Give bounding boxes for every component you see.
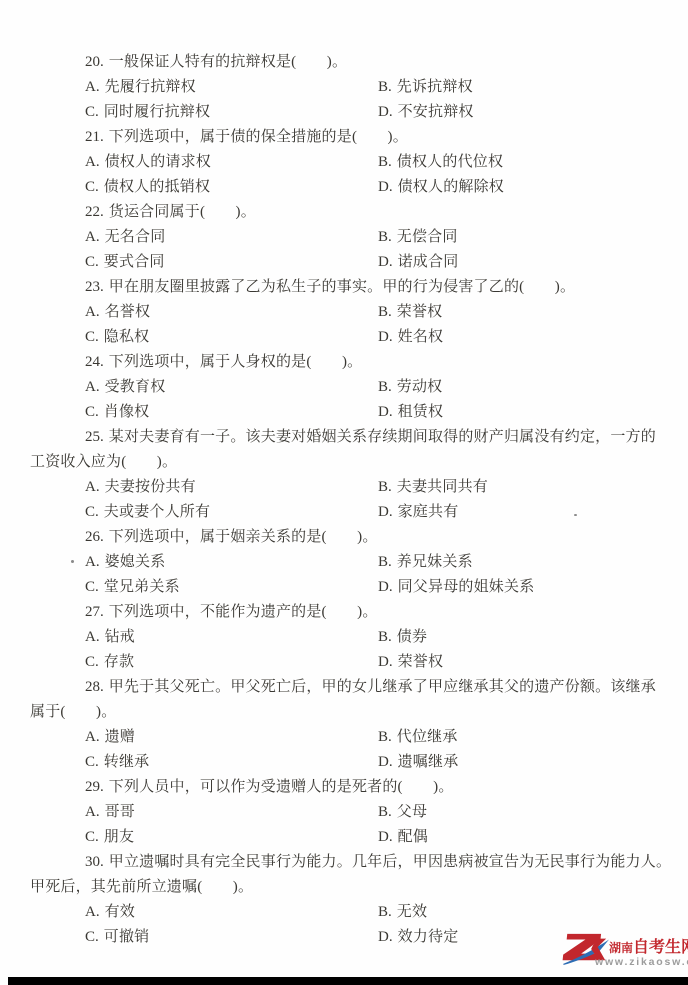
option-text: 同父异母的姐妹关系 bbox=[398, 579, 535, 595]
option-c: C.要式合同 bbox=[30, 250, 378, 275]
question-stem: 25.某对夫妻育有一子。该夫妻对婚姻关系存续期间取得的财产归属没有约定，一方的 bbox=[30, 425, 662, 450]
option-letter: B. bbox=[378, 379, 392, 395]
question-24: 24.下列选项中，属于人身权的是( )。 A.受教育权 B.劳动权 C.肖像权 … bbox=[30, 350, 662, 425]
option-text: 可撤销 bbox=[104, 929, 150, 945]
option-text: 债权人的抵销权 bbox=[104, 179, 210, 195]
option-c: C.隐私权 bbox=[30, 325, 378, 350]
option-letter: A. bbox=[85, 554, 100, 570]
option-text: 转继承 bbox=[104, 754, 150, 770]
option-a: A.债权人的请求权 bbox=[30, 150, 378, 175]
option-b: B.先诉抗辩权 bbox=[378, 75, 473, 100]
scan-speck bbox=[574, 514, 577, 516]
option-letter: B. bbox=[378, 804, 392, 820]
option-letter: D. bbox=[378, 104, 393, 120]
site-watermark: 湖南自考生网 www.zikaosw.com bbox=[562, 929, 688, 975]
option-letter: D. bbox=[378, 829, 393, 845]
option-letter: D. bbox=[378, 404, 393, 420]
option-text: 养兄妹关系 bbox=[397, 554, 473, 570]
option-c: C.肖像权 bbox=[30, 400, 378, 425]
option-c: C.朋友 bbox=[30, 825, 378, 850]
question-number: 29. bbox=[85, 779, 104, 795]
option-letter: A. bbox=[85, 229, 100, 245]
option-letter: C. bbox=[85, 329, 99, 345]
question-text: 下列选项中，属于债的保全措施的是( )。 bbox=[109, 129, 408, 145]
question-text: 货运合同属于( )。 bbox=[109, 204, 256, 220]
options-row-ab: A.钻戒 B.债券 bbox=[30, 625, 662, 650]
option-letter: A. bbox=[85, 804, 100, 820]
option-d: D.姓名权 bbox=[378, 325, 443, 350]
option-a: A.名誉权 bbox=[30, 300, 378, 325]
option-a: A.钻戒 bbox=[30, 625, 378, 650]
options-row-ab: A.哥哥 B.父母 bbox=[30, 800, 662, 825]
question-text: 下列人员中，可以作为受遗赠人的是死者的( )。 bbox=[109, 779, 454, 795]
option-text: 代位继承 bbox=[397, 729, 458, 745]
question-number: 28. bbox=[85, 679, 104, 695]
option-text: 无效 bbox=[397, 904, 427, 920]
option-b: B.劳动权 bbox=[378, 375, 442, 400]
scan-speck bbox=[71, 560, 74, 563]
option-letter: A. bbox=[85, 379, 100, 395]
options-row-cd: C.肖像权 D.租赁权 bbox=[30, 400, 662, 425]
option-text: 夫妻共同共有 bbox=[397, 479, 488, 495]
option-a: A.受教育权 bbox=[30, 375, 378, 400]
question-text: 甲立遗嘱时具有完全民事行为能力。几年后，甲因患病被宣告为无民事行为能力人。 bbox=[109, 854, 671, 870]
question-number: 24. bbox=[85, 354, 104, 370]
option-d: D.荣誉权 bbox=[378, 650, 443, 675]
option-text: 债权人的请求权 bbox=[105, 154, 211, 170]
option-b: B.夫妻共同共有 bbox=[378, 475, 488, 500]
question-stem: 24.下列选项中，属于人身权的是( )。 bbox=[30, 350, 662, 375]
question-text: 下列选项中，属于姻亲关系的是( )。 bbox=[109, 529, 378, 545]
site-name-prefix: 湖南 bbox=[609, 941, 633, 955]
option-c: C.可撤销 bbox=[30, 925, 378, 950]
question-number: 23. bbox=[85, 279, 104, 295]
option-letter: D. bbox=[378, 929, 393, 945]
option-b: B.父母 bbox=[378, 800, 427, 825]
option-b: B.养兄妹关系 bbox=[378, 550, 473, 575]
question-number: 20. bbox=[85, 54, 104, 70]
option-text: 无偿合同 bbox=[397, 229, 458, 245]
question-stem: 23.甲在朋友圈里披露了乙为私生子的事实。甲的行为侵害了乙的( )。 bbox=[30, 275, 662, 300]
option-c: C.存款 bbox=[30, 650, 378, 675]
option-text: 劳动权 bbox=[397, 379, 443, 395]
option-text: 隐私权 bbox=[104, 329, 150, 345]
option-c: C.债权人的抵销权 bbox=[30, 175, 378, 200]
option-b: B.无效 bbox=[378, 900, 427, 925]
option-letter: B. bbox=[378, 154, 392, 170]
option-text: 父母 bbox=[397, 804, 427, 820]
question-stem: 20.一般保证人特有的抗辩权是( )。 bbox=[30, 50, 662, 75]
option-text: 堂兄弟关系 bbox=[104, 579, 180, 595]
options-row-cd: C.朋友 D.配偶 bbox=[30, 825, 662, 850]
option-letter: B. bbox=[378, 554, 392, 570]
question-text: 甲先于其父死亡。甲父死亡后，甲的女儿继承了甲应继承其父的遗产份额。该继承 bbox=[109, 679, 656, 695]
option-a: A.婆媳关系 bbox=[30, 550, 378, 575]
option-text: 荣誉权 bbox=[398, 654, 444, 670]
exam-page: 20.一般保证人特有的抗辩权是( )。 A.先履行抗辩权 B.先诉抗辩权 C.同… bbox=[0, 0, 688, 985]
options-row-cd: C.要式合同 D.诺成合同 bbox=[30, 250, 662, 275]
question-20: 20.一般保证人特有的抗辩权是( )。 A.先履行抗辩权 B.先诉抗辩权 C.同… bbox=[30, 50, 662, 125]
options-row-ab: A.无名合同 B.无偿合同 bbox=[30, 225, 662, 250]
option-text: 有效 bbox=[105, 904, 135, 920]
option-letter: C. bbox=[85, 929, 99, 945]
question-stem: 21.下列选项中，属于债的保全措施的是( )。 bbox=[30, 125, 662, 150]
option-text: 同时履行抗辩权 bbox=[104, 104, 210, 120]
options-row-cd: C.堂兄弟关系 D.同父异母的姐妹关系 bbox=[30, 575, 662, 600]
options-row-cd: C.转继承 D.遗嘱继承 bbox=[30, 750, 662, 775]
option-b: B.债权人的代位权 bbox=[378, 150, 503, 175]
option-letter: A. bbox=[85, 79, 100, 95]
options-row-ab: A.债权人的请求权 B.债权人的代位权 bbox=[30, 150, 662, 175]
question-22: 22.货运合同属于( )。 A.无名合同 B.无偿合同 C.要式合同 D.诺成合… bbox=[30, 200, 662, 275]
option-d: D.效力待定 bbox=[378, 925, 458, 950]
option-text: 要式合同 bbox=[104, 254, 165, 270]
option-text: 遗嘱继承 bbox=[398, 754, 459, 770]
option-letter: B. bbox=[378, 479, 392, 495]
option-letter: C. bbox=[85, 404, 99, 420]
option-letter: A. bbox=[85, 904, 100, 920]
option-text: 名誉权 bbox=[105, 304, 151, 320]
option-letter: D. bbox=[378, 504, 393, 520]
option-letter: C. bbox=[85, 104, 99, 120]
question-26: 26.下列选项中，属于姻亲关系的是( )。 A.婆媳关系 B.养兄妹关系 C.堂… bbox=[30, 525, 662, 600]
question-text: 下列选项中，不能作为遗产的是( )。 bbox=[109, 604, 378, 620]
question-stem: 29.下列人员中，可以作为受遗赠人的是死者的( )。 bbox=[30, 775, 662, 800]
option-text: 哥哥 bbox=[105, 804, 135, 820]
option-text: 朋友 bbox=[104, 829, 134, 845]
question-29: 29.下列人员中，可以作为受遗赠人的是死者的( )。 A.哥哥 B.父母 C.朋… bbox=[30, 775, 662, 850]
option-letter: A. bbox=[85, 629, 100, 645]
question-text: 某对夫妻育有一子。该夫妻对婚姻关系存续期间取得的财产归属没有约定，一方的 bbox=[109, 429, 656, 445]
option-text: 先诉抗辩权 bbox=[397, 79, 473, 95]
option-text: 配偶 bbox=[398, 829, 428, 845]
options-row-ab: A.先履行抗辩权 B.先诉抗辩权 bbox=[30, 75, 662, 100]
option-text: 债券 bbox=[397, 629, 427, 645]
site-url: www.zikaosw.com bbox=[595, 956, 688, 968]
option-text: 婆媳关系 bbox=[105, 554, 166, 570]
question-text: 甲在朋友圈里披露了乙为私生子的事实。甲的行为侵害了乙的( )。 bbox=[109, 279, 575, 295]
question-text: 一般保证人特有的抗辩权是( )。 bbox=[109, 54, 347, 70]
option-letter: D. bbox=[378, 329, 393, 345]
option-text: 效力待定 bbox=[398, 929, 459, 945]
options-row-ab: A.遗赠 B.代位继承 bbox=[30, 725, 662, 750]
question-number: 22. bbox=[85, 204, 104, 220]
option-d: D.家庭共有 bbox=[378, 500, 458, 525]
question-23: 23.甲在朋友圈里披露了乙为私生子的事实。甲的行为侵害了乙的( )。 A.名誉权… bbox=[30, 275, 662, 350]
option-d: D.诺成合同 bbox=[378, 250, 458, 275]
question-number: 26. bbox=[85, 529, 104, 545]
option-d: D.租赁权 bbox=[378, 400, 443, 425]
option-text: 受教育权 bbox=[105, 379, 166, 395]
question-stem-continuation: 甲死后，其先前所立遗嘱( )。 bbox=[30, 875, 662, 900]
option-d: D.同父异母的姐妹关系 bbox=[378, 575, 534, 600]
scan-edge-bar bbox=[8, 977, 688, 985]
scan-speck bbox=[431, 659, 433, 661]
option-text: 钻戒 bbox=[105, 629, 135, 645]
option-text: 家庭共有 bbox=[398, 504, 459, 520]
site-name: 湖南自考生网 bbox=[609, 934, 688, 957]
question-28: 28.甲先于其父死亡。甲父死亡后，甲的女儿继承了甲应继承其父的遗产份额。该继承 … bbox=[30, 675, 662, 775]
options-row-cd: C.夫或妻个人所有 D.家庭共有 bbox=[30, 500, 662, 525]
option-c: C.同时履行抗辩权 bbox=[30, 100, 378, 125]
option-b: B.代位继承 bbox=[378, 725, 458, 750]
option-text: 诺成合同 bbox=[398, 254, 459, 270]
option-letter: A. bbox=[85, 479, 100, 495]
option-letter: C. bbox=[85, 754, 99, 770]
option-letter: C. bbox=[85, 254, 99, 270]
option-letter: D. bbox=[378, 754, 393, 770]
options-row-cd: C.隐私权 D.姓名权 bbox=[30, 325, 662, 350]
option-letter: A. bbox=[85, 729, 100, 745]
option-text: 姓名权 bbox=[398, 329, 444, 345]
option-letter: D. bbox=[378, 254, 393, 270]
question-stem-continuation: 工资收入应为( )。 bbox=[30, 450, 662, 475]
option-letter: D. bbox=[378, 654, 393, 670]
option-text: 肖像权 bbox=[104, 404, 150, 420]
option-text: 夫妻按份共有 bbox=[105, 479, 196, 495]
options-row-ab: A.有效 B.无效 bbox=[30, 900, 662, 925]
options-row-ab: A.受教育权 B.劳动权 bbox=[30, 375, 662, 400]
option-text: 荣誉权 bbox=[397, 304, 443, 320]
option-text: 无名合同 bbox=[105, 229, 166, 245]
question-stem: 27.下列选项中，不能作为遗产的是( )。 bbox=[30, 600, 662, 625]
question-stem: 26.下列选项中，属于姻亲关系的是( )。 bbox=[30, 525, 662, 550]
question-25: 25.某对夫妻育有一子。该夫妻对婚姻关系存续期间取得的财产归属没有约定，一方的 … bbox=[30, 425, 662, 525]
option-text: 租赁权 bbox=[398, 404, 444, 420]
option-letter: A. bbox=[85, 304, 100, 320]
option-text: 债权人的解除权 bbox=[398, 179, 504, 195]
option-c: C.转继承 bbox=[30, 750, 378, 775]
option-text: 夫或妻个人所有 bbox=[104, 504, 210, 520]
option-letter: C. bbox=[85, 579, 99, 595]
option-text: 不安抗辩权 bbox=[398, 104, 474, 120]
option-letter: B. bbox=[378, 629, 392, 645]
option-a: A.无名合同 bbox=[30, 225, 378, 250]
question-21: 21.下列选项中，属于债的保全措施的是( )。 A.债权人的请求权 B.债权人的… bbox=[30, 125, 662, 200]
option-letter: B. bbox=[378, 729, 392, 745]
option-letter: B. bbox=[378, 229, 392, 245]
options-row-ab: A.婆媳关系 B.养兄妹关系 bbox=[30, 550, 662, 575]
option-letter: B. bbox=[378, 304, 392, 320]
option-letter: D. bbox=[378, 179, 393, 195]
options-row-ab: A.名誉权 B.荣誉权 bbox=[30, 300, 662, 325]
option-c: C.堂兄弟关系 bbox=[30, 575, 378, 600]
options-row-cd: C.存款 D.荣誉权 bbox=[30, 650, 662, 675]
option-a: A.先履行抗辩权 bbox=[30, 75, 378, 100]
options-row-cd: C.同时履行抗辩权 D.不安抗辩权 bbox=[30, 100, 662, 125]
option-d: D.债权人的解除权 bbox=[378, 175, 504, 200]
question-stem: 28.甲先于其父死亡。甲父死亡后，甲的女儿继承了甲应继承其父的遗产份额。该继承 bbox=[30, 675, 662, 700]
question-27: 27.下列选项中，不能作为遗产的是( )。 A.钻戒 B.债券 C.存款 D.荣… bbox=[30, 600, 662, 675]
option-text: 债权人的代位权 bbox=[397, 154, 503, 170]
option-d: D.配偶 bbox=[378, 825, 428, 850]
option-d: D.不安抗辩权 bbox=[378, 100, 474, 125]
question-number: 27. bbox=[85, 604, 104, 620]
option-letter: C. bbox=[85, 179, 99, 195]
option-a: A.遗赠 bbox=[30, 725, 378, 750]
question-number: 30. bbox=[85, 854, 104, 870]
option-letter: A. bbox=[85, 154, 100, 170]
question-number: 25. bbox=[85, 429, 104, 445]
option-text: 遗赠 bbox=[105, 729, 135, 745]
option-b: B.无偿合同 bbox=[378, 225, 458, 250]
option-letter: C. bbox=[85, 504, 99, 520]
option-text: 先履行抗辩权 bbox=[105, 79, 196, 95]
option-letter: D. bbox=[378, 579, 393, 595]
site-name-main: 自考生网 bbox=[633, 939, 688, 956]
option-a: A.夫妻按份共有 bbox=[30, 475, 378, 500]
question-stem-continuation: 属于( )。 bbox=[30, 700, 662, 725]
option-letter: C. bbox=[85, 654, 99, 670]
option-letter: B. bbox=[378, 904, 392, 920]
options-row-cd: C.债权人的抵销权 D.债权人的解除权 bbox=[30, 175, 662, 200]
option-a: A.哥哥 bbox=[30, 800, 378, 825]
option-d: D.遗嘱继承 bbox=[378, 750, 458, 775]
question-stem: 30.甲立遗嘱时具有完全民事行为能力。几年后，甲因患病被宣告为无民事行为能力人。 bbox=[30, 850, 662, 875]
question-text: 下列选项中，属于人身权的是( )。 bbox=[109, 354, 363, 370]
question-stem: 22.货运合同属于( )。 bbox=[30, 200, 662, 225]
option-text: 存款 bbox=[104, 654, 134, 670]
options-row-ab: A.夫妻按份共有 B.夫妻共同共有 bbox=[30, 475, 662, 500]
option-b: B.债券 bbox=[378, 625, 427, 650]
question-number: 21. bbox=[85, 129, 104, 145]
option-letter: B. bbox=[378, 79, 392, 95]
option-c: C.夫或妻个人所有 bbox=[30, 500, 378, 525]
option-letter: C. bbox=[85, 829, 99, 845]
option-a: A.有效 bbox=[30, 900, 378, 925]
option-b: B.荣誉权 bbox=[378, 300, 442, 325]
